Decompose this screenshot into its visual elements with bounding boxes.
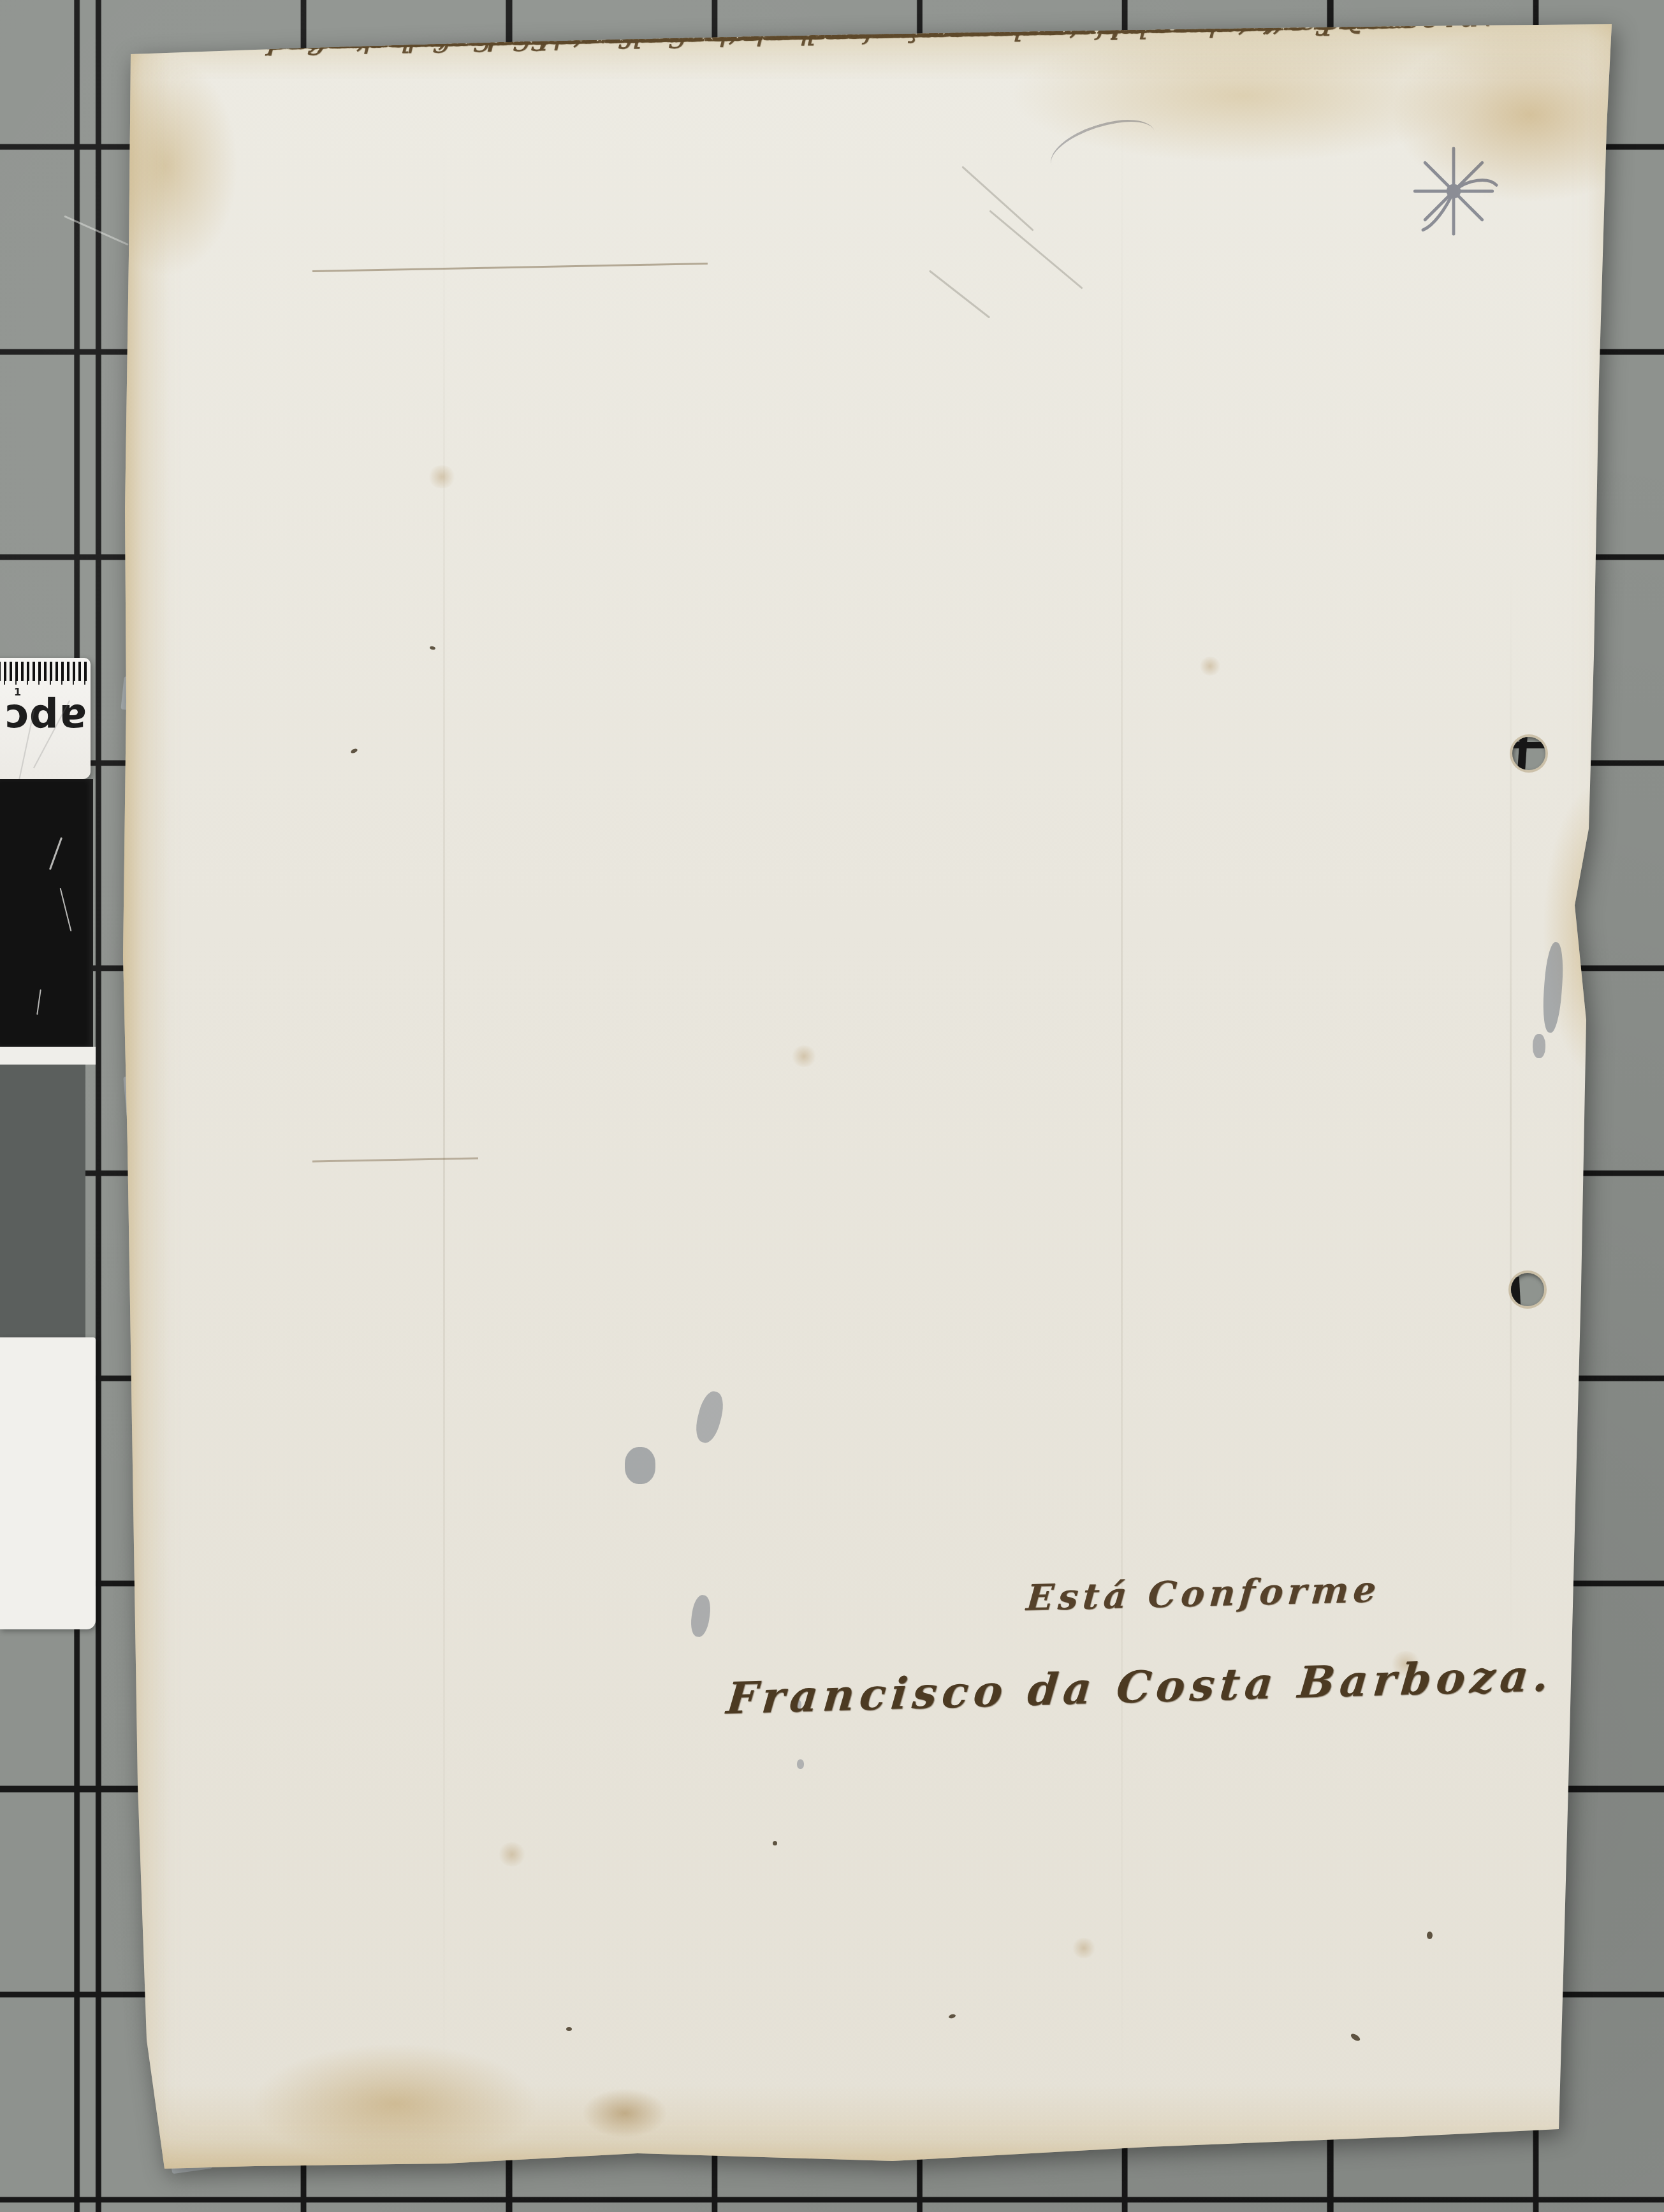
fox-spot [427,465,456,488]
paper-crease [1121,96,1123,2104]
ruler-ticks-minor [0,681,88,685]
ink-speck [948,2014,956,2019]
graphite-smudge [797,1759,804,1769]
ruler-brand-label: apc [0,695,87,742]
ink-speck [1350,2032,1361,2042]
grid-line-through-hole [1512,742,1545,748]
punch-hole [1511,1273,1544,1306]
graphite-smudge [692,1389,727,1445]
ink-smudge-arc [1044,109,1162,187]
fox-spot [791,1045,817,1067]
ink-speck [350,748,358,754]
fox-spot [497,1842,527,1866]
ink-speck [566,2027,572,2031]
patch-scratch [60,888,72,931]
grayscale-gray-patch [0,1065,85,1337]
pencil-mark [989,210,1083,289]
paper-crease [1510,567,1512,1651]
fox-spot [1199,657,1222,676]
manuscript-paper-surface: nos temos gente em abundancia dezarmada,… [121,19,1632,2180]
grayscale-black-patch [0,779,93,1047]
graphite-smudge [1533,1034,1545,1058]
ink-star-blot [1403,140,1505,242]
graphite-smudge [625,1447,655,1484]
pencil-mark [929,270,990,318]
grayscale-white-divider [0,1047,96,1065]
patch-scratch [49,837,62,870]
ink-speck [1427,1932,1433,1939]
grayscale-white-patch [0,1337,96,1629]
signature: Francisco da Costa Barboza. [724,1650,1556,1724]
manuscript-page: nos temos gente em abundancia dezarmada,… [121,19,1632,2180]
patch-scratch [36,989,41,1015]
paper-crease [443,134,445,2110]
pen-flourish [312,263,708,272]
graphite-smudge [689,1594,713,1638]
graphite-smudge [1541,942,1565,1033]
pen-flourish [312,1158,478,1163]
punch-hole [1512,737,1545,770]
ink-speck [773,1841,777,1845]
ink-speck [430,646,436,650]
closing-attestation: Está Conforme [1025,1569,1382,1619]
ruler-ticks [0,662,88,681]
grid-line-through-hole [1511,1277,1521,1306]
fox-spot [1071,1938,1097,1958]
pencil-mark [961,166,1033,231]
archival-photo-scan: { "scene": { "description": "Archival ph… [0,0,1664,2212]
ruler-card: 1 apc [0,658,91,779]
